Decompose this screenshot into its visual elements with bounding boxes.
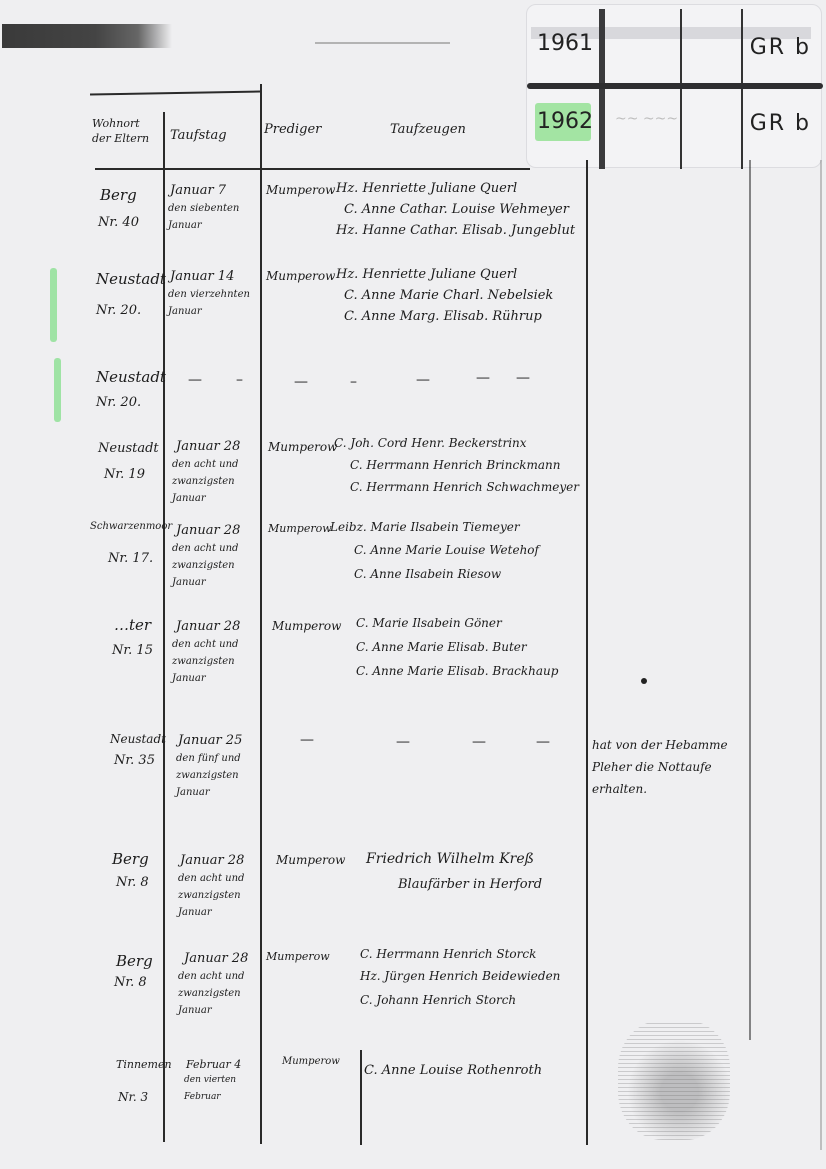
godparent: Hz. Hanne Cathar. Elisab. Jungeblut xyxy=(336,220,575,241)
header-baptism-date: Taufstag xyxy=(170,128,227,143)
godparent: Leibz. Marie Ilsabein Tiemeyer xyxy=(330,517,520,538)
remark-note: hat von der Hebamme Pleher die Nottaufe … xyxy=(592,734,752,800)
house-number: Nr. 17. xyxy=(108,548,153,570)
header-preacher: Prediger xyxy=(264,122,321,137)
godparent: C. Marie Ilsabein Göner xyxy=(356,613,502,634)
godparent: Hz. Henriette Juliane Querl xyxy=(336,178,517,199)
preacher: Mumperow xyxy=(276,853,345,867)
baptism-date-words: den fünf und zwanzigsten Januar xyxy=(176,750,262,801)
header-residence: Wohnort der Eltern xyxy=(92,116,152,146)
godparent: C. Anne Ilsabein Riesow xyxy=(354,564,501,585)
godparent: C. Anne Marie Louise Wetehof xyxy=(354,540,539,561)
margin-highlight xyxy=(54,358,61,422)
godparent: C. Joh. Cord Henr. Beckerstrinx xyxy=(334,433,527,454)
godparent: C. Anne Marie Elisab. Brackhaup xyxy=(356,661,558,682)
ink-blot xyxy=(641,678,647,684)
blank-dash: – xyxy=(236,372,243,388)
bleed-through-smudge xyxy=(618,1020,730,1140)
blank-dash: — xyxy=(472,734,486,750)
column-rule-faint xyxy=(749,160,751,1040)
blank-dash: — xyxy=(396,734,410,750)
blank-dash: – xyxy=(350,374,357,390)
godparent-occupation: Blaufärber in Herford xyxy=(398,874,542,895)
label-number: 1961 xyxy=(537,31,593,56)
baptism-date-words: den acht und zwanzigsten Januar xyxy=(178,968,264,1019)
blank-dash: — xyxy=(188,372,202,388)
blank-dash: — xyxy=(416,372,430,388)
baptism-date-words: den acht und zwanzigsten Januar xyxy=(172,540,260,591)
residence: Neustadt xyxy=(96,268,166,290)
godparent: C. Anne Cathar. Louise Wehmeyer xyxy=(344,199,569,220)
scan-faint-line xyxy=(315,42,450,44)
baptism-date-words: den acht und zwanzigsten Januar xyxy=(178,870,264,921)
baptism-date: Januar 28 xyxy=(184,950,248,968)
column-rule xyxy=(163,112,165,1142)
label-row-1961: 1961 GR b xyxy=(527,5,821,81)
residence: Tinnemen xyxy=(116,1054,172,1076)
godparent: C. Anne Louise Rothenroth xyxy=(364,1060,542,1081)
house-number: Nr. 35 xyxy=(114,750,155,772)
label-row-1962: 1962 ~~ ~~~ GR b xyxy=(527,89,821,165)
blank-dash: — xyxy=(300,732,314,748)
baptism-date: Januar 25 xyxy=(178,732,242,750)
bleed-through-script: ~~ ~~~ xyxy=(615,111,678,127)
baptism-date-words: den siebenten Januar xyxy=(168,200,258,234)
residence: Berg xyxy=(100,184,137,206)
baptism-date: Januar 28 xyxy=(176,438,240,456)
preacher: Mumperow xyxy=(266,269,335,283)
baptism-date: Januar 28 xyxy=(176,522,240,540)
blank-dash: — xyxy=(476,370,490,386)
godparent: C. Herrmann Henrich Brinckmann xyxy=(350,455,560,476)
baptism-date: Januar 28 xyxy=(180,852,244,870)
baptism-date-words: den acht und zwanzigsten Januar xyxy=(172,636,260,687)
godparent: Hz. Jürgen Henrich Beidewieden xyxy=(360,966,560,987)
baptism-date-words: den acht und zwanzigsten Januar xyxy=(172,456,260,507)
godparent: C. Anne Marie Charl. Nebelsiek xyxy=(344,285,553,306)
house-number: Nr. 8 xyxy=(116,872,149,894)
table-top-rule xyxy=(90,91,260,95)
godparent: C. Anne Marg. Elisab. Rührup xyxy=(344,306,542,327)
residence: Neustadt xyxy=(110,728,166,750)
scan-edge-artifact xyxy=(2,24,172,48)
residence: Schwarzenmoor xyxy=(90,516,172,538)
page-edge xyxy=(820,160,822,1150)
house-number: Nr. 3 xyxy=(118,1086,148,1108)
preacher: Mumperow xyxy=(272,619,341,633)
preacher: Mumperow xyxy=(266,183,335,197)
preacher: Mumperow xyxy=(268,440,337,454)
house-number: Nr. 40 xyxy=(98,212,139,234)
residence: Berg xyxy=(116,950,153,972)
margin-highlight xyxy=(50,268,57,342)
residence: Neustadt xyxy=(98,438,159,460)
godparent: C. Anne Marie Elisab. Buter xyxy=(356,637,527,658)
blank-dash: — xyxy=(516,370,530,386)
baptism-date-words: den vierten Februar xyxy=(184,1072,260,1106)
label-code: GR b xyxy=(750,111,811,136)
label-code: GR b xyxy=(750,35,811,60)
godparent: C. Herrmann Henrich Schwachmeyer xyxy=(350,477,579,498)
blank-dash: — xyxy=(294,374,308,390)
preacher: Mumperow xyxy=(282,1056,340,1067)
label-number: 1962 xyxy=(537,109,593,134)
house-number: Nr. 20. xyxy=(96,392,141,414)
column-rule xyxy=(360,1050,362,1145)
godparent: C. Herrmann Henrich Storck xyxy=(360,944,536,965)
baptism-date-words: den vierzehnten Januar xyxy=(168,286,258,320)
house-number: Nr. 19 xyxy=(104,464,145,486)
house-number: Nr. 8 xyxy=(114,972,147,994)
baptism-date: Januar 14 xyxy=(170,268,234,286)
godparent: Hz. Henriette Juliane Querl xyxy=(336,264,517,285)
residence: Neustadt xyxy=(96,366,166,388)
column-rule xyxy=(586,160,588,1145)
header-godparents: Taufzeugen xyxy=(390,122,466,137)
house-number: Nr. 15 xyxy=(112,640,153,662)
residence: Berg xyxy=(112,848,149,870)
baptism-date: Januar 7 xyxy=(170,182,226,200)
archive-label: 1961 GR b 1962 ~~ ~~~ GR b xyxy=(526,4,822,168)
house-number: Nr. 20. xyxy=(96,300,141,322)
header-rule xyxy=(95,168,530,170)
preacher: Mumperow xyxy=(266,950,330,963)
godparent: C. Johann Henrich Storch xyxy=(360,990,516,1011)
preacher: Mumperow xyxy=(268,522,332,535)
blank-dash: — xyxy=(536,734,550,750)
godparent: Friedrich Wilhelm Kreß xyxy=(366,849,534,870)
residence: …ter xyxy=(114,614,151,636)
baptism-date: Januar 28 xyxy=(176,618,240,636)
